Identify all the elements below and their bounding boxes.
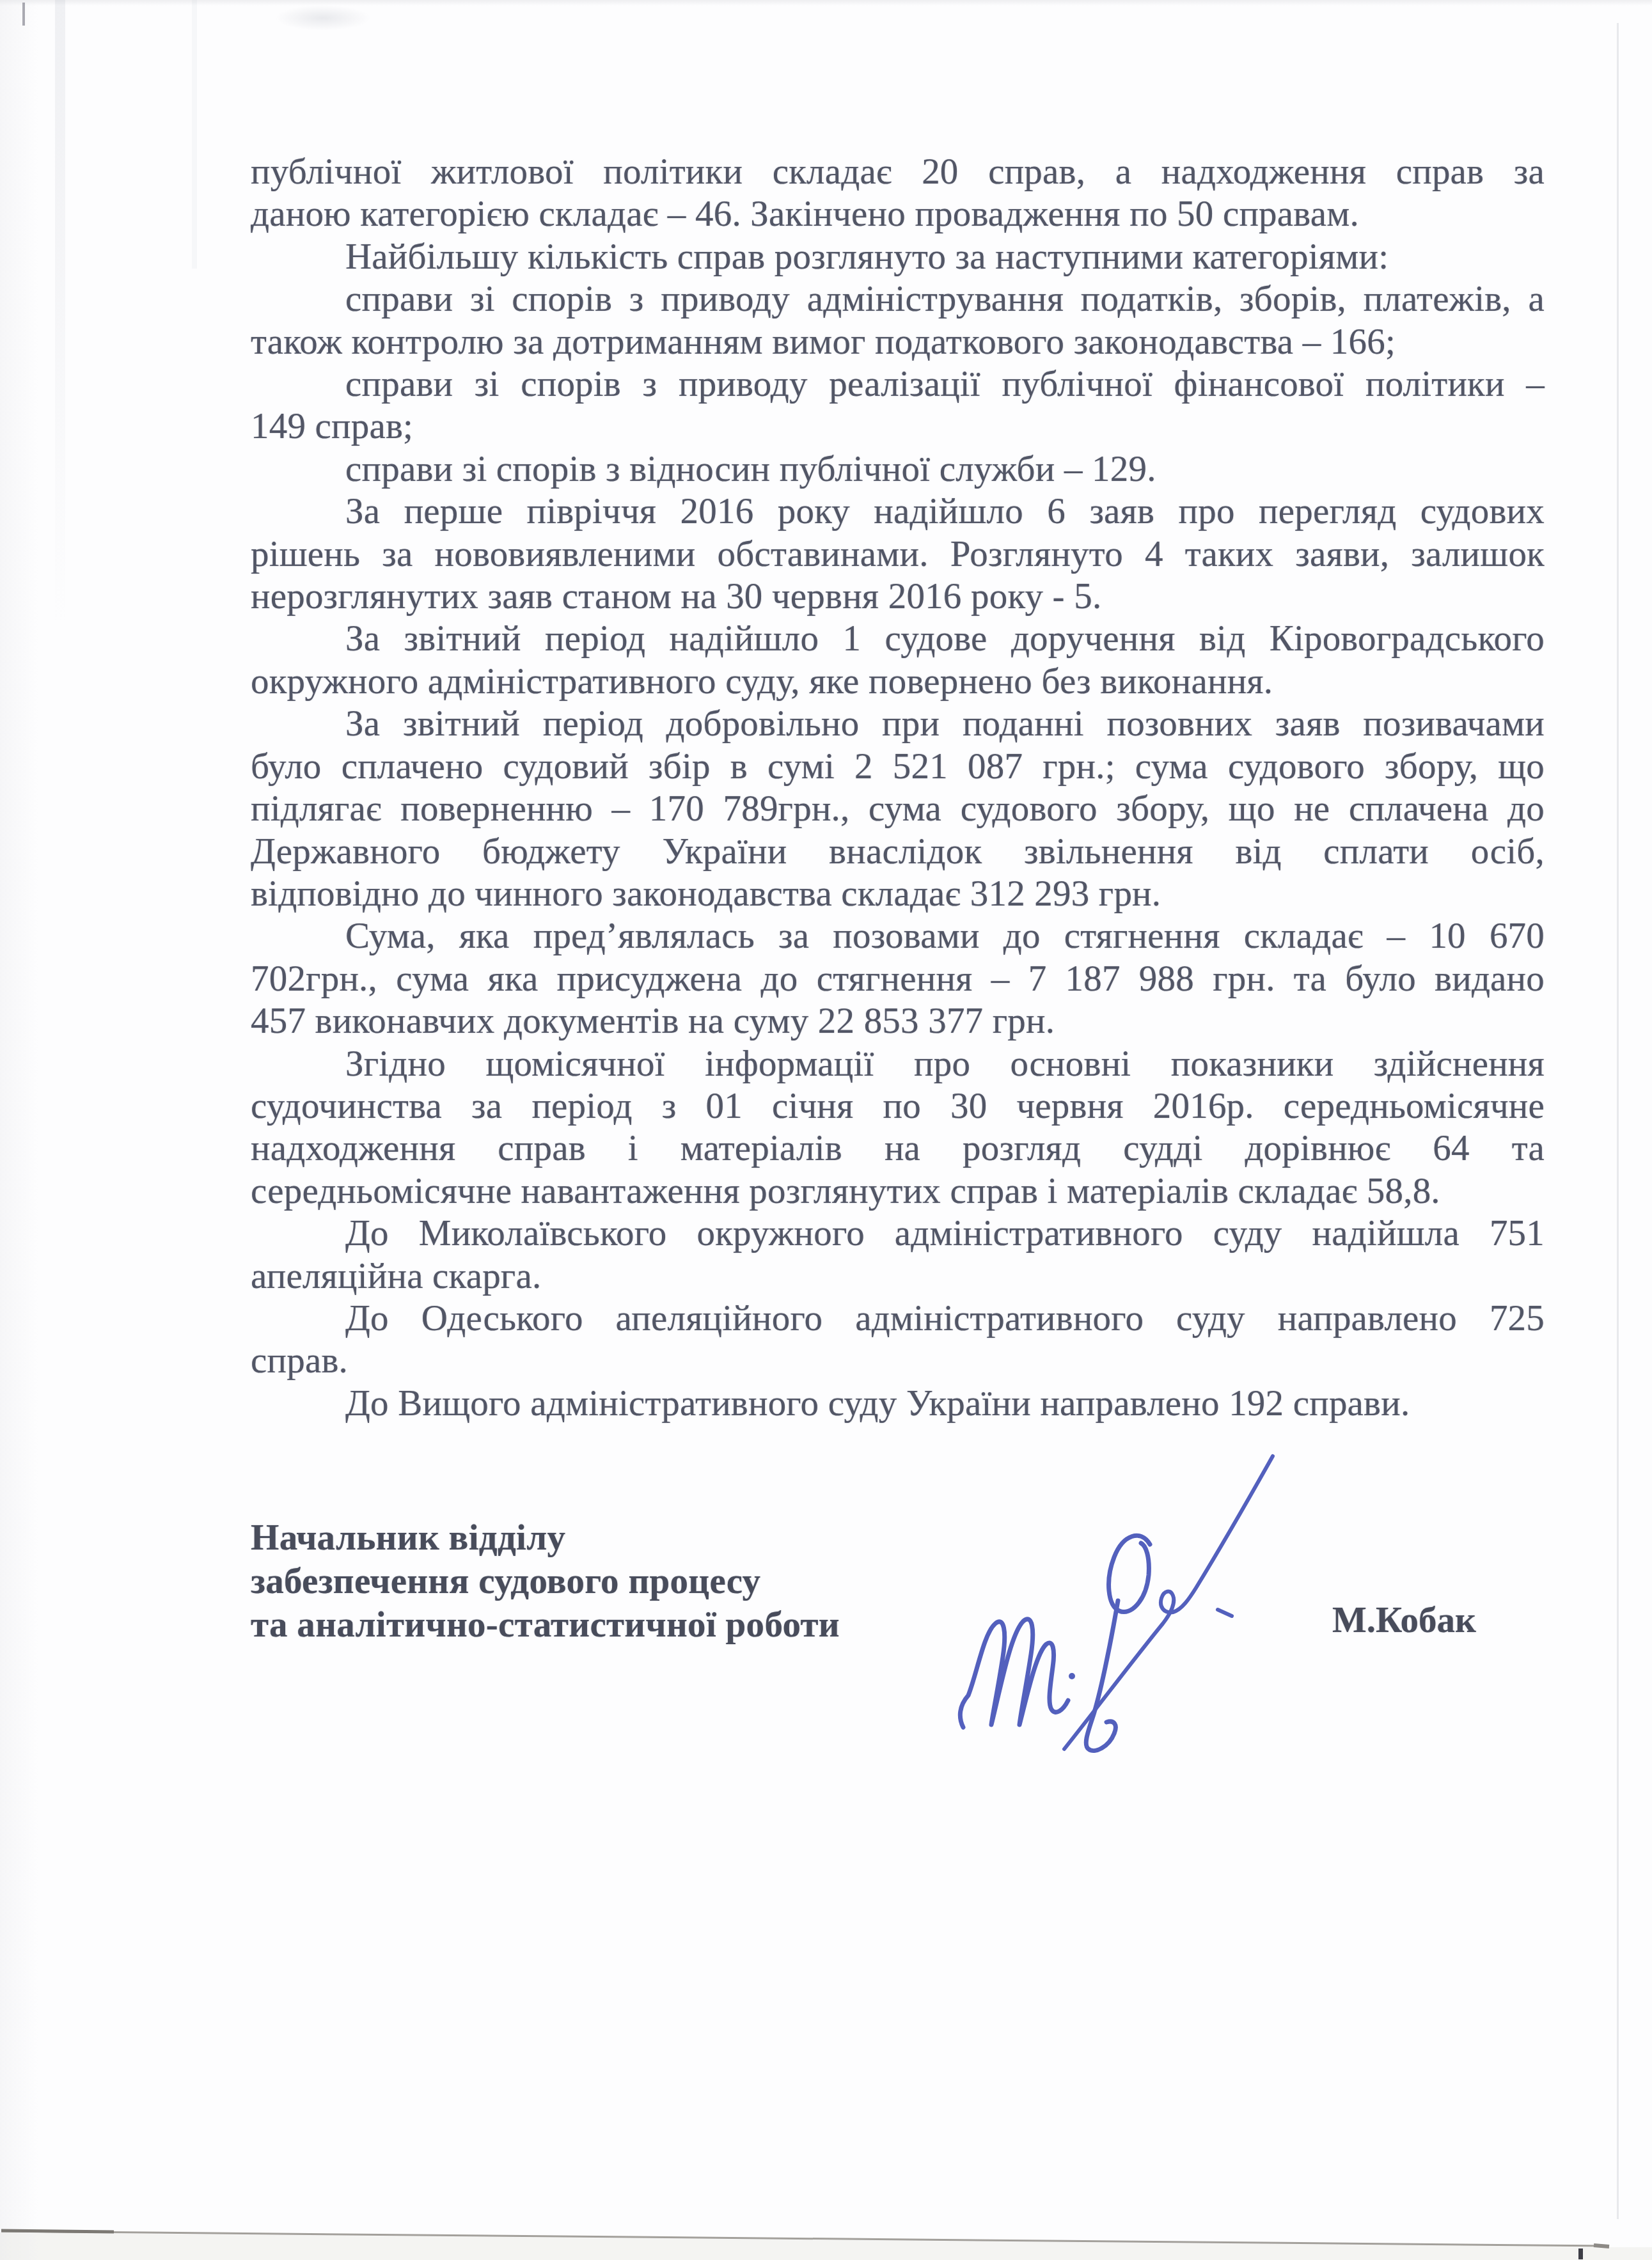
pen-tick-artifact xyxy=(1578,2248,1583,2259)
scanned-document-page: публічної житлової політики складає 20 с… xyxy=(0,0,1652,2260)
page-bottom-edge xyxy=(0,0,1652,2260)
